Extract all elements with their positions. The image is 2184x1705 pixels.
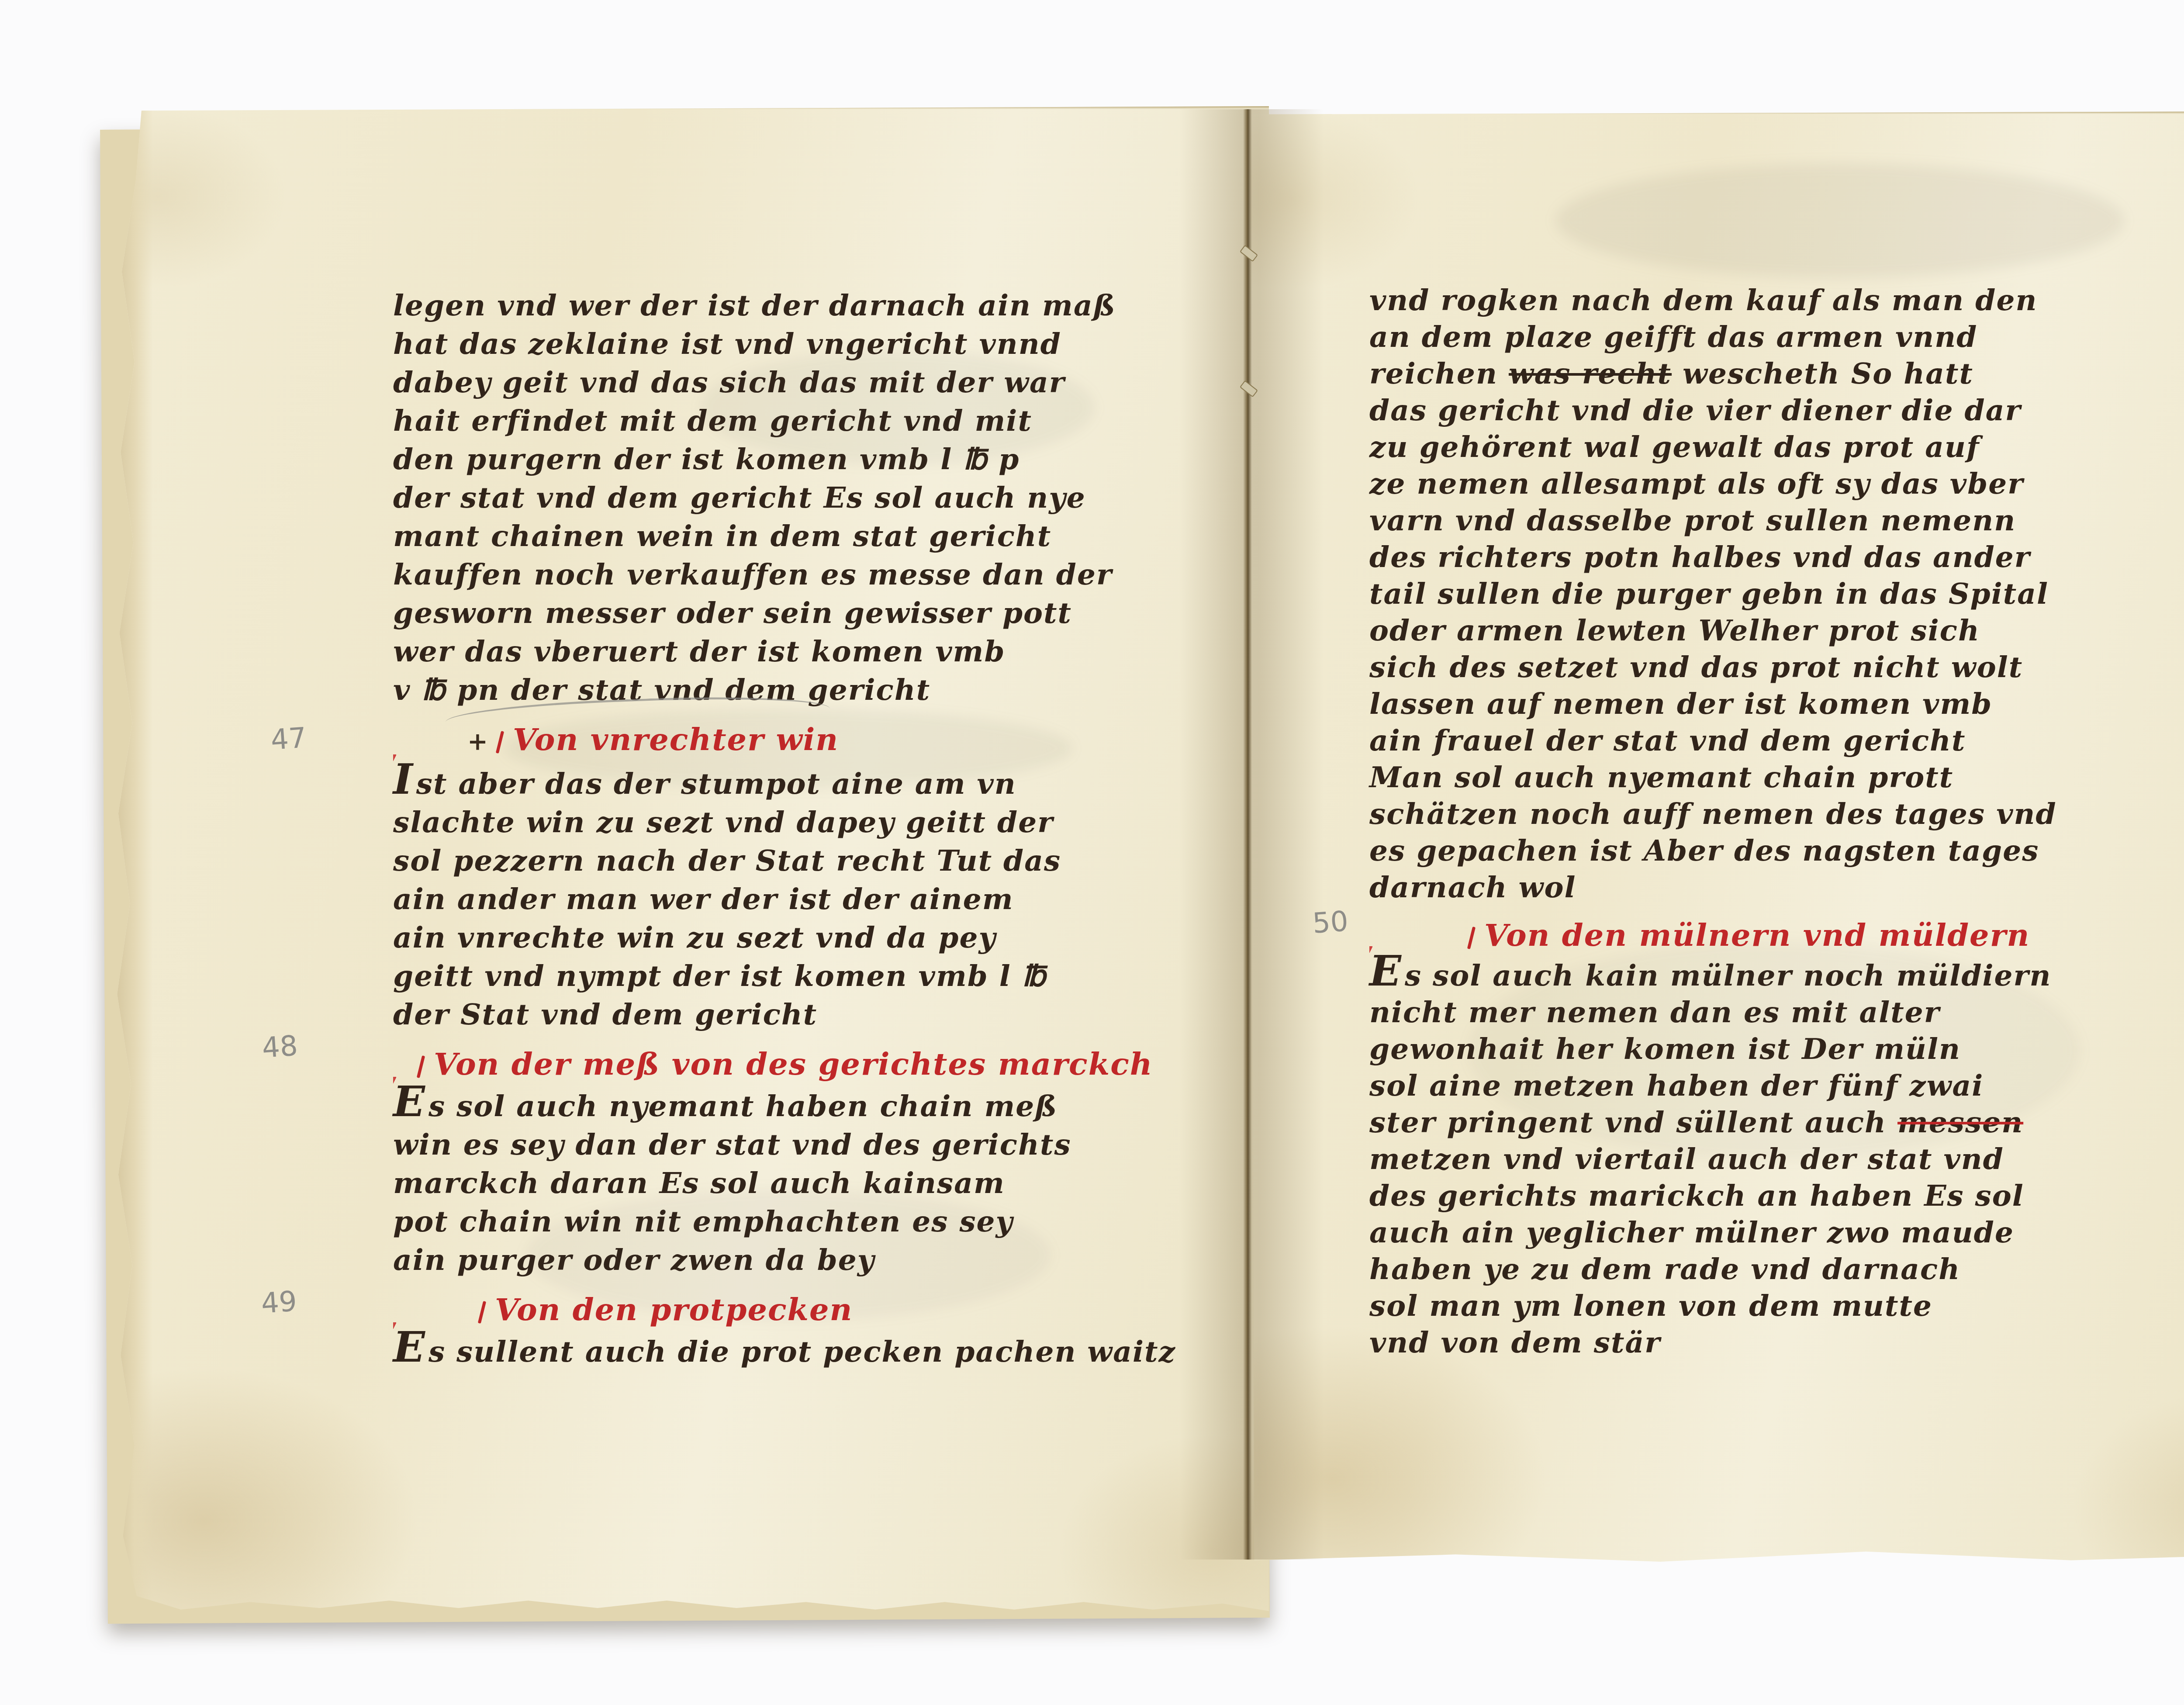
manuscript-line: gewonhait her komen ist Der müln	[1369, 1031, 2156, 1067]
line-text: wer das vberuert der ist komen vmb	[393, 634, 1006, 668]
rubric-heading: Von der meß von des gerichtes marckch	[419, 1045, 1162, 1083]
manuscript-line: Man sol auch nyemant chain prott	[1369, 759, 2156, 795]
line-text: wescheth So hatt	[1672, 356, 1973, 391]
line-text: sol man ym lonen von dem mutte	[1369, 1289, 1932, 1323]
section-initial: E	[1369, 946, 1405, 996]
line-text: s sol auch nyemant haben chain meß	[429, 1089, 1057, 1123]
left-page-text: legen vnd wer der ist der darnach ain ma…	[393, 286, 1162, 1371]
manuscript-line: Ist aber das der stumpot aine am vn	[393, 764, 1162, 803]
manuscript-line: des gerichts marickch an haben Es sol	[1369, 1177, 2156, 1214]
manuscript-book: legen vnd wer der ist der darnach ain ma…	[0, 0, 2184, 1705]
line-text: oder armen lewten Welher prot sich	[1369, 613, 1980, 647]
manuscript-line: win es sey dan der stat vnd des gerichts	[393, 1125, 1162, 1164]
manuscript-line: sol pezzern nach der Stat recht Tut das	[393, 841, 1162, 880]
line-text: lassen auf nemen der ist komen vmb	[1369, 687, 1992, 721]
manuscript-line: ain ander man wer der ist der ainem	[393, 880, 1162, 918]
manuscript-line: ain frauel der stat vnd dem gericht	[1369, 722, 2156, 759]
line-text: Man sol auch nyemant chain prott	[1369, 760, 1953, 794]
manuscript-line: ain vnrechte win zu sezt vnd da pey	[393, 918, 1162, 957]
heading-text: Von den mülnern vnd müldern	[1484, 917, 2030, 953]
ghost-inscription	[1556, 164, 2124, 277]
heading-text: Von den protpecken	[495, 1291, 853, 1328]
margin-number-48: 48	[261, 1030, 299, 1065]
line-text: ain ander man wer der ist der ainem	[393, 882, 1014, 916]
manuscript-line: hait erfindet mit dem gericht vnd mit	[393, 401, 1162, 440]
manuscript-line: der stat vnd dem gericht Es sol auch nye	[393, 478, 1162, 517]
manuscript-line: kauffen noch verkauffen es messe dan der	[393, 555, 1162, 594]
manuscript-line: pot chain win nit emphachten es sey	[393, 1202, 1162, 1241]
manuscript-line: das gericht vnd die vier diener die dar	[1369, 392, 2156, 429]
heading-text: Von der meß von des gerichtes marckch	[434, 1046, 1153, 1082]
manuscript-line: metzen vnd viertail auch der stat vnd	[1369, 1141, 2156, 1177]
line-text: an dem plaze geifft das armen vnnd	[1369, 320, 1977, 354]
red-paragraph-mark	[496, 731, 504, 754]
section-initial: E	[393, 1322, 429, 1372]
manuscript-line: sol man ym lonen von dem mutte	[1369, 1287, 2156, 1324]
line-text: pot chain win nit emphachten es sey	[393, 1204, 1013, 1238]
line-text: slachte win zu sezt vnd dapey geitt der	[393, 805, 1054, 839]
right-page-text: vnd rogken nach dem kauf als man denan d…	[1369, 282, 2156, 1361]
manuscript-line: schätzen noch auff nemen des tages vnd	[1369, 795, 2156, 832]
line-text: geitt vnd nympt der ist komen vmb l ℔	[393, 959, 1047, 993]
manuscript-line: des richters potn halbes vnd das ander	[1369, 539, 2156, 575]
line-text: schätzen noch auff nemen des tages vnd	[1369, 797, 2057, 831]
line-text: hait erfindet mit dem gericht vnd mit	[393, 404, 1032, 438]
manuscript-line: vnd rogken nach dem kauf als man den	[1369, 282, 2156, 318]
line-text: ster pringent vnd süllent auch	[1369, 1105, 1897, 1139]
line-text: des gerichts marickch an haben Es sol	[1369, 1179, 2024, 1213]
manuscript-line: darnach wol	[1369, 869, 2156, 906]
manuscript-line: marckch daran Es sol auch kainsam	[393, 1164, 1162, 1202]
line-text: s sullent auch die prot pecken pachen wa…	[429, 1335, 1176, 1369]
manuscript-line: nicht mer nemen dan es mit alter	[1369, 994, 2156, 1031]
manuscript-line: Es sol auch nyemant haben chain meß	[393, 1087, 1162, 1125]
manuscript-line: dabey geit vnd das sich das mit der war	[393, 363, 1162, 401]
manuscript-line: sol aine metzen haben der fünf zwai	[1369, 1067, 2156, 1104]
margin-number-47: 47	[270, 722, 308, 757]
manuscript-line: auch ain yeglicher mülner zwo maude	[1369, 1214, 2156, 1251]
scan-photo: { "book": { "left_page": { "margin_numbe…	[0, 0, 2184, 1705]
struck-word: was recht	[1509, 356, 1672, 391]
manuscript-line: ze nemen allesampt als oft sy das vber	[1369, 465, 2156, 502]
line-text: ain purger oder zwen da bey	[393, 1243, 875, 1277]
line-text: varn vnd dasselbe prot sullen nemenn	[1369, 503, 2016, 537]
manuscript-line: geitt vnd nympt der ist komen vmb l ℔	[393, 957, 1162, 995]
manuscript-line: Es sullent auch die prot pecken pachen w…	[393, 1332, 1162, 1371]
manuscript-line: slachte win zu sezt vnd dapey geitt der	[393, 803, 1162, 841]
line-text: das gericht vnd die vier diener die dar	[1369, 393, 2021, 427]
line-text: metzen vnd viertail auch der stat vnd	[1369, 1142, 2004, 1176]
heading-prefix-mark: +	[467, 727, 489, 756]
manuscript-line: reichen was recht wescheth So hatt	[1369, 355, 2156, 392]
line-text: ain vnrechte win zu sezt vnd da pey	[393, 920, 996, 955]
rubric-heading: Von den mülnern vnd müldern	[1470, 917, 2156, 954]
line-text: sol aine metzen haben der fünf zwai	[1369, 1069, 1984, 1103]
manuscript-line: varn vnd dasselbe prot sullen nemenn	[1369, 502, 2156, 539]
line-text: ain frauel der stat vnd dem gericht	[1369, 723, 1966, 757]
line-text: der stat vnd dem gericht Es sol auch nye	[393, 481, 1086, 515]
line-text: zu gehörent wal gewalt das prot auf	[1369, 430, 1980, 464]
line-text: reichen	[1369, 356, 1509, 391]
line-text: den purgern der ist komen vmb l ℔ p	[393, 442, 1019, 476]
line-text: win es sey dan der stat vnd des gerichts	[393, 1127, 1071, 1162]
manuscript-line: zu gehörent wal gewalt das prot auf	[1369, 429, 2156, 465]
red-paragraph-mark	[478, 1301, 486, 1324]
line-text: vnd rogken nach dem kauf als man den	[1369, 283, 2037, 317]
line-text: gewonhait her komen ist Der müln	[1369, 1032, 1961, 1066]
red-paragraph-mark	[417, 1055, 425, 1078]
manuscript-line: es gepachen ist Aber des nagsten tages	[1369, 832, 2156, 869]
line-text: hat das zeklaine ist vnd vngericht vnnd	[393, 327, 1061, 361]
line-text: sol pezzern nach der Stat recht Tut das	[393, 844, 1061, 878]
line-text: s sol auch kain mülner noch müldiern	[1405, 958, 2051, 993]
line-text: auch ain yeglicher mülner zwo maude	[1369, 1215, 2014, 1249]
section-initial: I	[393, 754, 416, 804]
line-text: mant chainen wein in dem stat gericht	[393, 519, 1051, 553]
manuscript-line: hat das zeklaine ist vnd vngericht vnnd	[393, 325, 1162, 363]
margin-number-50: 50	[1312, 905, 1349, 940]
manuscript-line: sich des setzet vnd das prot nicht wolt	[1369, 649, 2156, 685]
line-text: sich des setzet vnd das prot nicht wolt	[1369, 650, 2023, 684]
section-initial: E	[393, 1077, 429, 1126]
line-text: haben ye zu dem rade vnd darnach	[1369, 1252, 1960, 1286]
line-text: dabey geit vnd das sich das mit der war	[393, 365, 1065, 399]
manuscript-line: ster pringent vnd süllent auch messen	[1369, 1104, 2156, 1141]
line-text: des richters potn halbes vnd das ander	[1369, 540, 2031, 574]
manuscript-line: wer das vberuert der ist komen vmb	[393, 632, 1162, 671]
line-text: gesworn messer oder sein gewisser pott	[393, 596, 1072, 630]
manuscript-line: an dem plaze geifft das armen vnnd	[1369, 318, 2156, 355]
manuscript-line: lassen auf nemen der ist komen vmb	[1369, 685, 2156, 722]
manuscript-line: gesworn messer oder sein gewisser pott	[393, 594, 1162, 632]
struck-word: messen	[1897, 1105, 2023, 1139]
line-text: der Stat vnd dem gericht	[393, 997, 817, 1031]
manuscript-line: der Stat vnd dem gericht	[393, 995, 1162, 1034]
rubric-heading: Von den protpecken	[480, 1290, 1162, 1329]
line-text: nicht mer nemen dan es mit alter	[1369, 995, 1940, 1029]
binding-gutter	[1243, 109, 1252, 1560]
line-text: marckch daran Es sol auch kainsam	[393, 1166, 1005, 1200]
manuscript-line: haben ye zu dem rade vnd darnach	[1369, 1251, 2156, 1287]
manuscript-line: oder armen lewten Welher prot sich	[1369, 612, 2156, 649]
margin-number-49: 49	[260, 1285, 298, 1320]
line-text: vnd von dem stär	[1369, 1325, 1661, 1359]
line-text: ze nemen allesampt als oft sy das vber	[1369, 467, 2024, 501]
manuscript-line: mant chainen wein in dem stat gericht	[393, 517, 1162, 555]
manuscript-line: legen vnd wer der ist der darnach ain ma…	[393, 286, 1162, 325]
line-text: kauffen noch verkauffen es messe dan der	[393, 557, 1113, 591]
red-paragraph-mark	[1467, 927, 1476, 949]
manuscript-line: Es sol auch kain mülner noch müldiern	[1369, 957, 2156, 994]
manuscript-line: ain purger oder zwen da bey	[393, 1241, 1162, 1279]
manuscript-line: vnd von dem stär	[1369, 1324, 2156, 1361]
line-text: st aber das der stumpot aine am vn	[416, 767, 1016, 801]
line-text: es gepachen ist Aber des nagsten tages	[1369, 833, 2039, 868]
line-text: darnach wol	[1369, 870, 1576, 904]
line-text: legen vnd wer der ist der darnach ain ma…	[393, 288, 1116, 322]
manuscript-line: den purgern der ist komen vmb l ℔ p	[393, 440, 1162, 478]
line-text: tail sullen die purger gebn in das Spita…	[1369, 577, 2049, 611]
manuscript-line: tail sullen die purger gebn in das Spita…	[1369, 575, 2156, 612]
